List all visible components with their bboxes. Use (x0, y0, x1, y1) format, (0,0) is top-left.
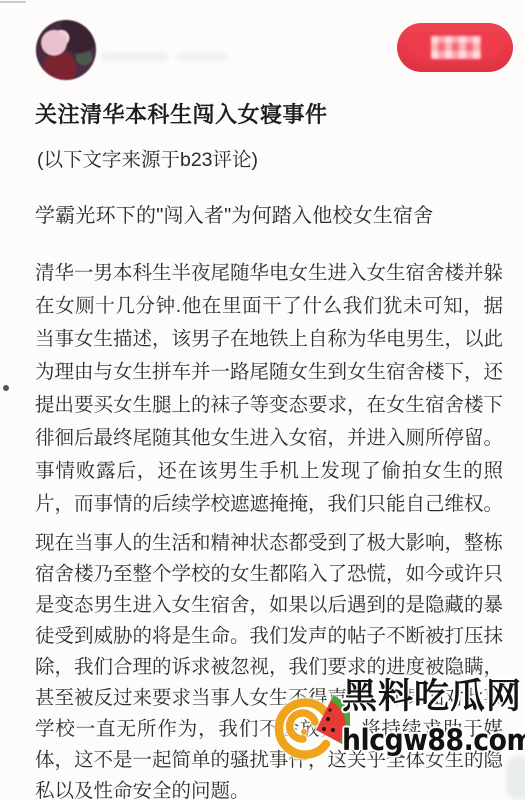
scan-artifact-dot (3, 385, 9, 391)
scan-artifact-top-edge (0, 1, 26, 3)
section-heading: 学霸光环下的"闯入者"为何踏入他校女生宿舍 (35, 203, 503, 230)
post-page: 关注清华本科生闯入女寝事件 (以下文字来源于b23评论) 学霸光环下的"闯入者"… (0, 0, 525, 800)
paragraph-1: 清华一男本科生半夜尾随华电女生进入女生宿舍楼并躲在女厕十几分钟.他在里面干了什么… (35, 257, 503, 521)
post-title: 关注清华本科生闯入女寝事件 (35, 100, 503, 130)
paragraph-2: 现在当事人的生活和精神状态都受到了极大影响，整栋宿舍楼乃至整个学校的女生都陷入了… (35, 528, 503, 800)
post-content: 关注清华本科生闯入女寝事件 (以下文字来源于b23评论) 学霸光环下的"闯入者"… (35, 0, 503, 800)
blurred-corner-element (506, 756, 525, 800)
source-note: (以下文字来源于b23评论) (37, 147, 503, 173)
